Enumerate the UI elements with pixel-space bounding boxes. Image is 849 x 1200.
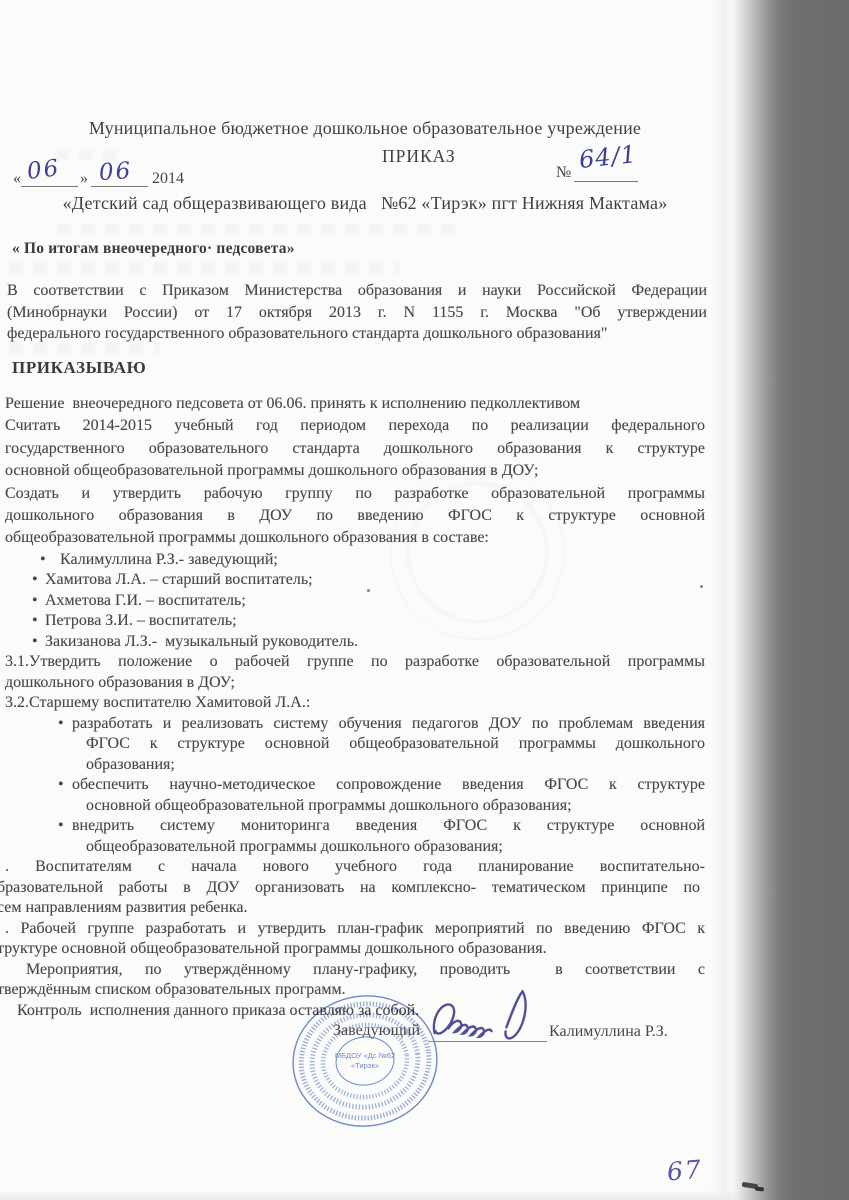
handwritten-day: 06 [26, 155, 62, 185]
organization-name-line2: «Детский сад общеразвивающего вида №62 «… [5, 191, 725, 216]
handwritten-page-number: 67 [666, 1154, 704, 1186]
signatory-position: Заведующий [333, 1022, 420, 1040]
text-line: . Воспитателям с начала нового учебного … [5, 857, 705, 878]
text-line: Петрова З.И. – воспитатель; [5, 611, 705, 632]
handwritten-month: 06 [98, 158, 133, 186]
date-year: 2014 [152, 170, 184, 188]
handwritten-signature [423, 986, 566, 1053]
document-type-heading: ПРИКАЗ [382, 146, 456, 167]
text-line: Создать и утвердить рабочую группу по ра… [5, 483, 705, 505]
text-line: дошкольного образования в ДОУ по введени… [5, 505, 705, 527]
text-line: Хамитова Л.А. – старший воспитатель; [5, 570, 705, 591]
order-body: Решение внеочередного педсовета от 06.06… [0, 393, 705, 1021]
date-open-quote: « [13, 170, 21, 188]
scanned-order-page: Муниципальное бюджетное дошкольное образ… [0, 0, 849, 1200]
text-line: Мероприятия, по утверждённому плану-граф… [5, 960, 705, 981]
text-line: Закизанова Л.З.- музыкальный руководител… [5, 632, 705, 653]
text-line: 3.2.Старшему воспитателю Хамитовой Л.А.: [5, 693, 705, 714]
text-line: основной общеобразовательной программы д… [5, 460, 705, 482]
signatory-name: Калимуллина Р.З. [549, 1023, 668, 1041]
text-line: труктуре основной общеобразовательной пр… [0, 939, 700, 960]
text-line: Калимуллина Р.З.- заведующий; [5, 550, 705, 571]
stamp-center-text-line1: МБДОУ «Дс №62 [335, 1051, 395, 1060]
stamp-center-text-line2: «Тирэк» [351, 1061, 379, 1070]
text-line: В соответствии с Приказом Министерства о… [7, 280, 707, 302]
text-line: государственного образовательного станда… [5, 438, 705, 460]
official-round-stamp: МБДОУ «Дс №62 «Тирэк» [286, 988, 444, 1143]
text-line: основной общеобразовательной программы д… [5, 796, 705, 817]
text-line: Считать 2014-2015 учебный год периодом п… [5, 415, 705, 437]
order-word: ПРИКАЗЫВАЮ [12, 358, 146, 378]
order-subject: « По итогам внеочередного· педсовета» [12, 240, 295, 258]
scanner-edge-shadow [710, 0, 849, 1200]
text-line: (Минобрнауки России) от 17 октября 2013 … [7, 302, 707, 324]
text-line: бразовательной работы в ДОУ организовать… [0, 878, 700, 899]
number-label: № [556, 164, 571, 182]
text-line: образования; [5, 755, 705, 776]
text-line: Решение внеочередного педсовета от 06.06… [5, 393, 705, 415]
text-line: сем направлениям развития ребенка. [0, 898, 700, 919]
text-line: . Рабочей группе разработать и утвердить… [5, 919, 705, 940]
text-line: внедрить систему мониторинга введения ФГ… [5, 816, 705, 837]
text-line: 3.1.Утвердить положение о рабочей группе… [5, 652, 705, 673]
text-line: обеспечить научно-методическое сопровожд… [5, 775, 705, 796]
scan-artifact [755, 1187, 764, 1192]
text-line: дошкольного образования в ДОУ; [5, 673, 705, 694]
stamp-graphic: МБДОУ «Дс №62 «Тирэк» [286, 988, 444, 1138]
organization-name-line1: Муниципальное бюджетное дошкольное образ… [5, 116, 725, 141]
text-line: общеобразовательной программы дошкольног… [5, 837, 705, 858]
preamble-paragraph: В соответствии с Приказом Министерства о… [2, 280, 707, 345]
scan-bottom-shadow [0, 1190, 737, 1200]
text-line: ФГОС к структуре основной общеобразовате… [5, 734, 705, 755]
date-close-quote: » [80, 170, 88, 188]
text-line: федерального государственного образовате… [7, 323, 707, 345]
text-line: разработать и реализовать систему обучен… [5, 714, 705, 735]
text-line: Ахметова Г.И. – воспитатель; [5, 591, 705, 612]
text-line: общеобразовательной программы дошкольног… [5, 527, 705, 549]
